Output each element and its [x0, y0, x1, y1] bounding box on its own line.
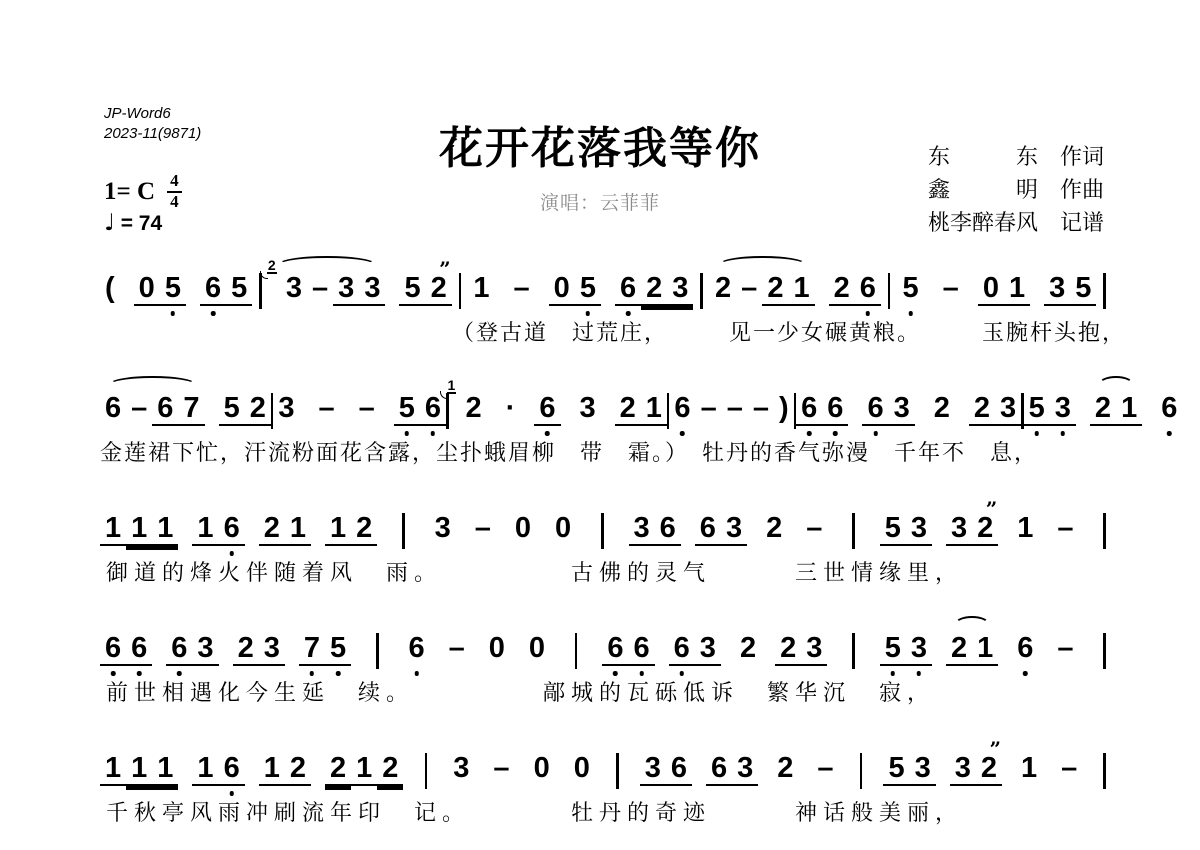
rest-note: 0 [569, 752, 595, 784]
beam-group: 36 [640, 752, 692, 786]
note: 6 [855, 272, 881, 306]
measure: 111162112 [100, 512, 377, 546]
note: 1 [152, 512, 178, 546]
beam-group: 53 [880, 512, 932, 546]
note: 1 [1012, 512, 1038, 544]
measure: 3––56 [273, 392, 446, 426]
note: 5 [1024, 392, 1050, 426]
barline [852, 513, 855, 549]
measure: 3–00 [430, 512, 577, 544]
measure: 36632– [640, 752, 839, 786]
note: 5 [880, 512, 906, 546]
measure: 3–00 [448, 752, 595, 784]
barline [616, 753, 619, 789]
beam-group: 56 [394, 392, 446, 426]
note: 1 [325, 512, 351, 546]
note: 3 [192, 632, 218, 666]
notes-row: (056532–3352”1–056232–21265–0135 [100, 250, 1106, 309]
note: 5 [1070, 272, 1096, 306]
note: 3 [333, 272, 359, 306]
lyric-line: 前世相遇化今生延 续。 鄗城的瓦砾低诉 繁华沉 寂， [100, 676, 1106, 707]
barline [1103, 753, 1106, 789]
beam-group: 63 [669, 632, 721, 666]
note: 3 [721, 512, 747, 546]
barline [1103, 513, 1106, 549]
note: 5 [880, 632, 906, 666]
note: 3 [906, 632, 932, 666]
note: 3 [946, 512, 972, 546]
beam-group: 75 [299, 632, 351, 666]
duration-dash: – [126, 392, 152, 426]
key-signature: 1= C 4 4 [104, 172, 182, 211]
beam-group: 21 [615, 392, 667, 426]
note: 1 [1016, 752, 1042, 784]
note: 1 [126, 512, 152, 546]
barline [402, 513, 405, 549]
beam-group: 26 [829, 272, 881, 306]
duration-dash: – [812, 752, 838, 784]
lyric-line: （登古道 过荒庄， 见一少女碾黄粮。 玉腕杆头抱， [100, 316, 1106, 347]
beam-group: 16 [192, 752, 244, 786]
notes-row: 11116122123–0036632–5332”1– [100, 730, 1106, 789]
note: 1 [285, 512, 311, 546]
note: 2 [735, 632, 761, 664]
note: 1 [788, 272, 814, 306]
note: 21 [461, 392, 487, 424]
note: 3 [1044, 272, 1070, 306]
lyric-line: 金莲裙下忙，汗流粉面花含露，尘扑蛾眉柳 带 霜。） 牡丹的香气弥漫 千年不 息， [100, 436, 1106, 467]
note: 3 [889, 392, 915, 426]
beam-group: 53 [880, 632, 932, 666]
slur-group: 2–21 [710, 272, 815, 306]
note: 5 [219, 392, 245, 426]
rest-note: 0 [529, 752, 555, 784]
note: 1 [100, 752, 126, 786]
music-systems: (056532–3352”1–056232–21265–0135（登古道 过荒庄… [100, 250, 1106, 850]
beam-group: 6–––) [669, 392, 793, 424]
beam-group: 01 [978, 272, 1030, 306]
note: 2 [259, 512, 285, 546]
note: 2 [245, 392, 271, 426]
note: 6 [219, 752, 245, 786]
beam-group: 16 [192, 512, 244, 546]
note: 2 [969, 392, 995, 426]
measure: 36632– [629, 512, 828, 546]
grace-note: 2 [267, 258, 277, 274]
notes-row: 1111621123–0036632–5332”1– [100, 490, 1106, 549]
note: 1 [259, 752, 285, 786]
note: 1 [641, 392, 667, 426]
note: 1 [1116, 392, 1142, 426]
duration-dash: – [444, 632, 470, 664]
beam-group: 36 [629, 512, 681, 546]
barline [1103, 273, 1106, 309]
barline [259, 273, 262, 309]
note: 1 [468, 272, 494, 304]
note: 6 [1156, 392, 1182, 424]
parenthesis: ( [100, 272, 120, 304]
note: 6 [200, 272, 226, 306]
note: 3 [359, 272, 385, 306]
lyric-line: 御道的烽火伴随着风 雨。 古佛的灵气 三世情缘里， [100, 556, 1106, 587]
augmentation-dot: · [501, 392, 521, 424]
barline [888, 273, 891, 309]
note: 2” [426, 272, 452, 306]
credit-transcriber: 桃李醉春风 记谱 [928, 206, 1104, 239]
duration-dash: – [1052, 512, 1078, 544]
note: 5 [160, 272, 186, 306]
note: 6 [219, 512, 245, 546]
duration-dash: – [736, 272, 762, 306]
rest-note: 0 [484, 632, 510, 664]
barline [425, 753, 428, 789]
note: 2 [761, 512, 787, 544]
note: 6 [655, 512, 681, 546]
measure: 1111612212 [100, 752, 403, 786]
note: 6 [666, 752, 692, 786]
slur-group: 21 [946, 632, 998, 666]
barline [376, 633, 379, 669]
slur-group: 21 [1090, 392, 1142, 426]
note: 2 [762, 272, 788, 306]
slur-group: 32–33 [269, 272, 386, 306]
notes-row: 6–67523––5621·63216–––)666322353216– [100, 370, 1106, 429]
note: 6 [166, 632, 192, 666]
note: 7 [299, 632, 325, 666]
beam-group: 12 [325, 512, 377, 546]
note: 2 [829, 272, 855, 306]
note: 3 [695, 632, 721, 666]
note: 3 [950, 752, 976, 786]
beam-group: 66 [100, 632, 152, 666]
measure: 53216– [880, 632, 1079, 666]
note: 6 [602, 632, 628, 666]
credit-lyricist: 东 东 作词 [928, 140, 1104, 173]
note: 2 [641, 272, 667, 306]
duration-dash: – [1052, 632, 1078, 664]
notes-row: 666323756–00666322353216– [100, 610, 1106, 669]
barline [1103, 633, 1106, 669]
note: 7 [178, 392, 204, 426]
tempo-value: = 74 [121, 212, 162, 235]
beam-group: 23 [775, 632, 827, 666]
duration-dash: – [488, 752, 514, 784]
parenthesis: ) [774, 392, 794, 424]
note: 1 [351, 752, 377, 786]
music-line: (056532–3352”1–056232–21265–0135（登古道 过荒庄… [100, 250, 1106, 347]
music-line: 6–67523––5621·63216–––)666322353216–金莲裙下… [100, 370, 1106, 467]
measure: 32–3352” [269, 272, 452, 306]
time-signature-denominator: 4 [167, 193, 182, 212]
barline [700, 273, 703, 309]
beam-group: 53 [1024, 392, 1076, 426]
note: 2 [377, 752, 403, 786]
trill-ornament-icon: ” [986, 493, 996, 525]
beam-group: 63 [695, 512, 747, 546]
duration-dash: – [307, 272, 333, 306]
note: 2 [233, 632, 259, 666]
note: 3 [259, 632, 285, 666]
note: 2” [972, 512, 998, 546]
note: 6 [629, 632, 655, 666]
duration-dash: – [748, 392, 774, 424]
note: 6 [1012, 632, 1038, 664]
note: 6 [796, 392, 822, 426]
rest-note: 0 [524, 632, 550, 664]
note: 6 [534, 392, 560, 426]
note: 3 [273, 392, 299, 424]
measure: 5332”1– [880, 512, 1079, 546]
lyric-line: 千秋亭风雨冲刷流年印 记。 牡丹的奇迹 神话般美丽， [100, 796, 1106, 827]
beam-group: 66 [602, 632, 654, 666]
note: 6 [669, 392, 695, 424]
note: 2 [325, 752, 351, 786]
note: 2 [1090, 392, 1116, 426]
measure: 6663223 [796, 392, 1021, 426]
note: 5 [399, 272, 425, 306]
note: 2” [976, 752, 1002, 786]
measure: 53216– [1024, 392, 1200, 426]
barline [459, 273, 462, 309]
note: 3 [910, 752, 936, 786]
note: 3 [801, 632, 827, 666]
beam-group: 53 [883, 752, 935, 786]
measure: 6–––) [669, 392, 793, 424]
key-label: 1= C [104, 178, 155, 206]
duration-dash: – [509, 272, 535, 304]
note: 2 [710, 272, 736, 306]
beam-group: 52” [399, 272, 451, 306]
note: 6 [100, 632, 126, 666]
note: 3 [640, 752, 666, 786]
note: 3 [629, 512, 655, 546]
note: 2 [929, 392, 955, 424]
measure: 6–6752 [100, 392, 271, 426]
note: 3 [906, 512, 932, 546]
measure: 1–05623 [468, 272, 693, 306]
beam-group: 12 [259, 752, 311, 786]
trill-ornament-icon: ” [989, 733, 999, 765]
beam-group: 32” [950, 752, 1002, 786]
note: 2 [615, 392, 641, 426]
note: 2 [351, 512, 377, 546]
measure: 6–00 [403, 632, 550, 664]
note: 3 [732, 752, 758, 786]
duration-dash: – [938, 272, 964, 304]
beam-group: 05 [134, 272, 186, 306]
grace-note: 1 [447, 378, 457, 394]
duration-dash: – [1056, 752, 1082, 784]
note: 3 [448, 752, 474, 784]
beam-group: 623 [615, 272, 693, 306]
barline [575, 633, 578, 669]
note: 5 [325, 632, 351, 666]
barline [852, 633, 855, 669]
beam-group: 212 [325, 752, 403, 786]
note: 6 [403, 632, 429, 664]
note: 1 [972, 632, 998, 666]
note: 6 [695, 512, 721, 546]
note: 5 [575, 272, 601, 306]
time-signature: 4 4 [167, 172, 182, 211]
duration-dash: – [354, 392, 380, 424]
beam-group: 05 [549, 272, 601, 306]
note: 6 [706, 752, 732, 786]
note: 3 [995, 392, 1021, 426]
duration-dash: – [1196, 392, 1200, 424]
beam-group: 63 [862, 392, 914, 426]
credit-composer: 鑫 明 作曲 [928, 173, 1104, 206]
quarter-note-icon: ♩ [104, 210, 115, 236]
beam-group: 23 [969, 392, 1021, 426]
beam-group: 32” [946, 512, 998, 546]
note: 32 [281, 272, 307, 306]
beam-group: 35 [1044, 272, 1096, 306]
note: 5 [898, 272, 924, 304]
beam-group: 111 [100, 752, 178, 786]
measure: 6663223 [602, 632, 827, 666]
beam-group: 52 [219, 392, 271, 426]
tempo-marking: ♩ = 74 [104, 210, 162, 236]
measure: 5332”1– [883, 752, 1082, 786]
note: 6 [126, 632, 152, 666]
note: 6 [669, 632, 695, 666]
note: 6 [822, 392, 848, 426]
rest-note: 0 [134, 272, 160, 306]
note: 2 [946, 632, 972, 666]
note: 3 [667, 272, 693, 306]
beam-group: 66 [796, 392, 848, 426]
music-line: 666323756–00666322353216–前世相遇化今生延 续。 鄗城的… [100, 610, 1106, 707]
barline [601, 513, 604, 549]
note: 1 [192, 512, 218, 546]
note: 1 [1004, 272, 1030, 306]
rest-note: 0 [550, 512, 576, 544]
note: 6 [615, 272, 641, 306]
beam-group: 21 [259, 512, 311, 546]
slur-group: 6–67 [100, 392, 205, 426]
note: 2 [285, 752, 311, 786]
beam-group: 63 [166, 632, 218, 666]
note: 2 [775, 632, 801, 666]
measure: 2–2126 [710, 272, 881, 306]
rest-note: 0 [510, 512, 536, 544]
note: 1 [192, 752, 218, 786]
beam-group: 63 [706, 752, 758, 786]
credits-block: 东 东 作词 鑫 明 作曲 桃李醉春风 记谱 [928, 140, 1104, 239]
duration-dash: – [313, 392, 339, 424]
note: 6 [862, 392, 888, 426]
time-signature-numerator: 4 [167, 172, 182, 193]
barline [860, 753, 863, 789]
duration-dash: – [801, 512, 827, 544]
duration-dash: – [470, 512, 496, 544]
note: 1 [100, 512, 126, 546]
measure: 21·6321 [449, 392, 667, 426]
measure: 5–0135 [898, 272, 1097, 306]
beam-group: 23 [233, 632, 285, 666]
sheet-music-page: JP-Word6 2023-11(9871) 花开花落我等你 演唱：云菲菲 东 … [0, 0, 1200, 850]
note: 6 [152, 392, 178, 426]
note: 5 [883, 752, 909, 786]
note: 5 [226, 272, 252, 306]
note: 5 [394, 392, 420, 426]
note: 1 [152, 752, 178, 786]
music-line: 11116122123–0036632–5332”1–千秋亭风雨冲刷流年印 记。… [100, 730, 1106, 827]
trill-ornament-icon: ” [439, 253, 449, 285]
measure: 66632375 [100, 632, 351, 666]
note: 1 [126, 752, 152, 786]
duration-dash: – [722, 392, 748, 424]
beam-group: 111 [100, 512, 178, 546]
note: 6 [100, 392, 126, 426]
note: 3 [430, 512, 456, 544]
note: 2 [772, 752, 798, 784]
measure: (0565 [100, 272, 252, 306]
rest-note: 0 [549, 272, 575, 306]
note: 3 [575, 392, 601, 424]
duration-dash: – [696, 392, 722, 424]
note: 3 [1050, 392, 1076, 426]
rest-note: 0 [978, 272, 1004, 306]
music-line: 1111621123–0036632–5332”1–御道的烽火伴随着风 雨。 古… [100, 490, 1106, 587]
beam-group: 65 [200, 272, 252, 306]
